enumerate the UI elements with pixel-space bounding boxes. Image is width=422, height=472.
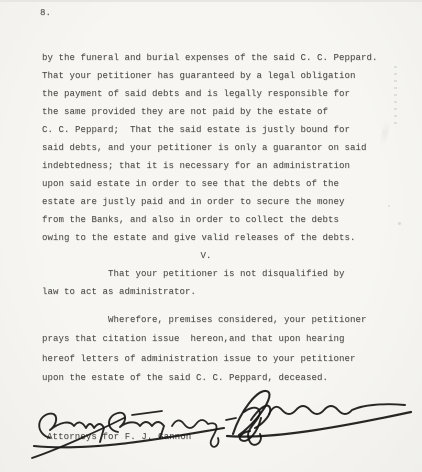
scanned-document-page: 8. by the funeral and burial expenses of… [0,0,422,472]
document-line: estate are justly paid and in order to s… [42,193,384,211]
document-line: the payment of said debts and is legally… [42,85,384,103]
scan-speckle-column [394,66,397,128]
document-line: by the funeral and burial expenses of th… [42,49,384,67]
scan-speckle-dot [388,205,390,207]
document-line: indebtedness; that it is necessary for a… [42,157,384,175]
signature-ink [26,402,271,464]
document-line: C. C. Peppard; That the said estate is j… [42,121,384,139]
document-line: upon said estate in order to see that th… [42,175,384,193]
document-line: That your petitioner is not disqualified… [42,265,384,283]
attorneys-signature-capps-cantey-hanger [26,402,271,464]
page-number: 8. [40,8,51,18]
document-line: from the Banks, and also in order to col… [42,211,384,229]
scan-speckle-dot [398,222,401,225]
document-line: law to act as administrator. [42,283,384,301]
document-line: the same provided they are not paid by t… [42,103,384,121]
document-line: owing to the estate and give valid relea… [42,229,384,247]
petition-prayer: Wherefore, premises considered, your pet… [42,311,384,388]
document-line: That your petitioner has guaranteed by a… [42,67,384,85]
document-line: said debts, and your petitioner is only … [42,139,384,157]
section-heading-v: V. [42,247,384,265]
document-line: prays that citation issue hereon,and tha… [42,330,384,349]
scan-edge-artifact [0,0,422,2]
petition-body: by the funeral and burial expenses of th… [42,49,384,301]
document-line: hereof letters of administration issue t… [42,350,384,369]
document-line: Wherefore, premises considered, your pet… [42,311,384,330]
